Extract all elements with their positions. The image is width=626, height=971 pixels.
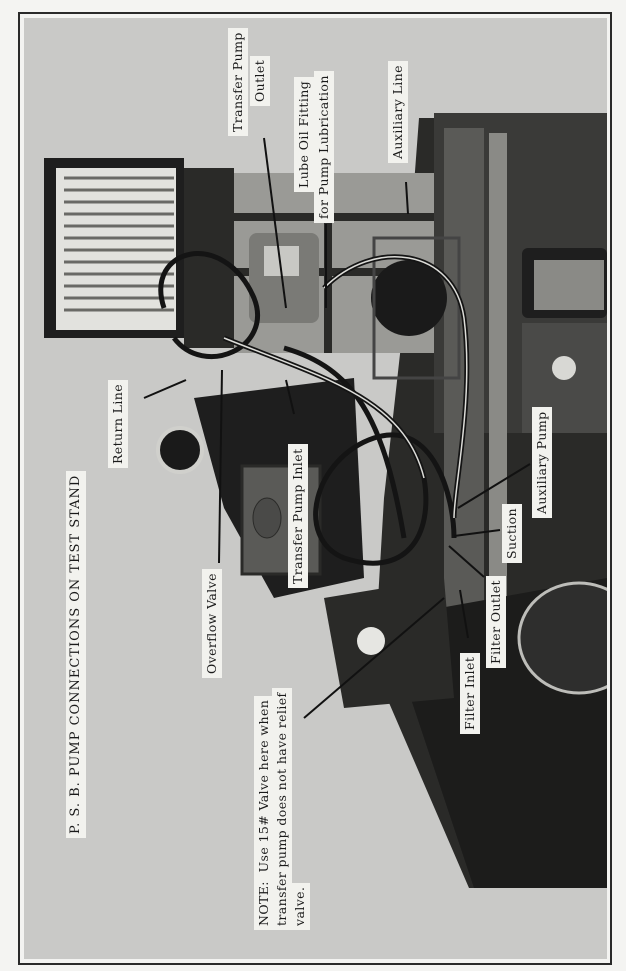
note-line3: valve. — [290, 883, 310, 930]
note-line1: NOTE: Use 15# Valve here when — [254, 696, 274, 930]
figure-title: P. S. B. PUMP CONNECTIONS ON TEST STAND — [66, 471, 86, 838]
note-line2: transfer pump does not have relief — [272, 688, 292, 930]
label-lube-oil-line2: for Pump Lubrication — [314, 71, 334, 223]
label-transfer-pump-inlet: Transfer Pump Inlet — [288, 445, 308, 589]
label-filter-inlet: Filter Inlet — [460, 653, 480, 734]
label-transfer-pump-outlet-line2: Outlet — [250, 56, 270, 106]
test-stand-photograph: P. S. B. PUMP CONNECTIONS ON TEST STAND … — [24, 18, 607, 959]
label-transfer-pump-outlet-line1: Transfer Pump — [228, 28, 248, 136]
label-overflow-valve: Overflow Valve — [202, 569, 222, 678]
label-auxiliary-line: Auxiliary Line — [388, 61, 408, 163]
label-suction: Suction — [502, 504, 522, 563]
label-filter-outlet: Filter Outlet — [486, 576, 506, 668]
label-lube-oil-line1: Lube Oil Fitting — [294, 77, 314, 192]
label-return-line: Return Line — [108, 380, 128, 468]
label-auxiliary-pump: Auxiliary Pump — [532, 408, 552, 519]
